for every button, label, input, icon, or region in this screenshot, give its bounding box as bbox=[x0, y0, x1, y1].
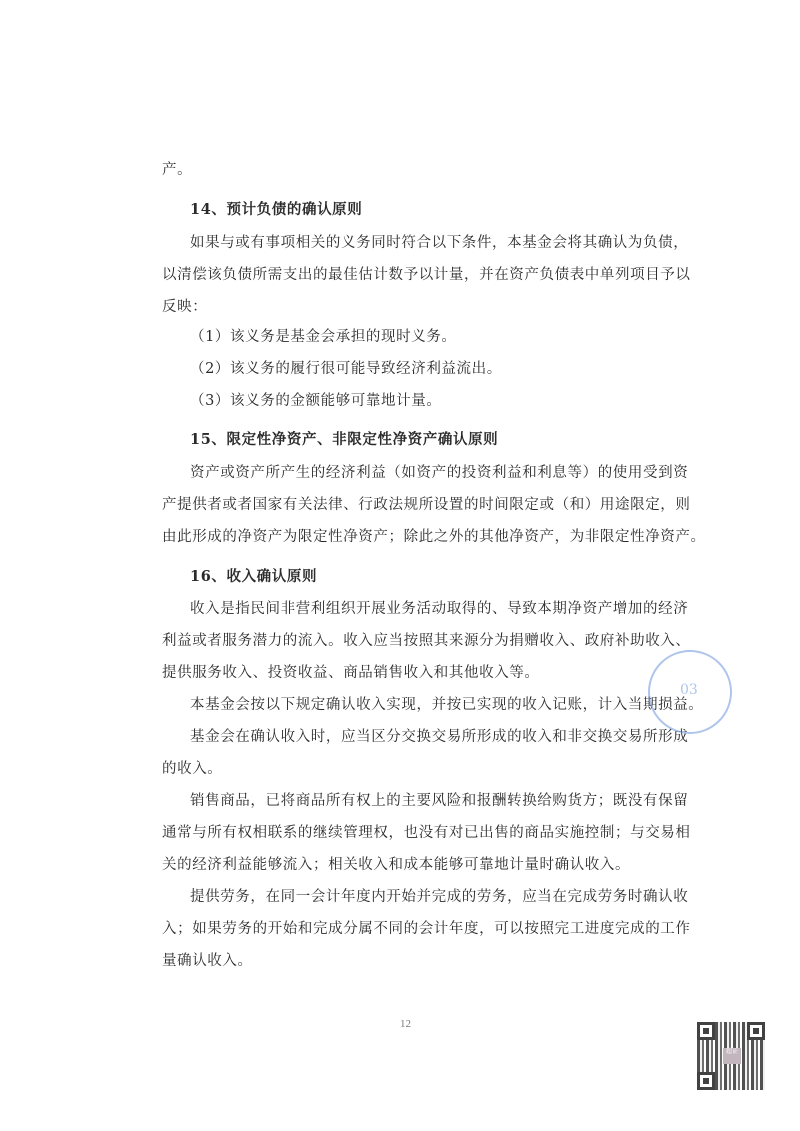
qr-finder-pattern bbox=[747, 1022, 765, 1040]
list-item: （1）该义务是基金会承担的现时义务。 bbox=[190, 327, 690, 347]
paragraph-line: 提供服务收入、投资收益、商品销售收入和其他收入等。 bbox=[162, 663, 662, 683]
paragraph-line: 的收入。 bbox=[162, 759, 662, 779]
official-seal-stamp: 03 bbox=[648, 650, 732, 734]
paragraph-line: 收入是指民间非营利组织开展业务活动取得的、导致本期净资产增加的经济 bbox=[190, 599, 690, 619]
paragraph-line: 资产或资产所产生的经济利益（如资产的投资利益和利息等）的使用受到资 bbox=[190, 463, 690, 483]
paragraph-line: 本基金会按以下规定确认收入实现，并按已实现的收入记账，计入当期损益。 bbox=[190, 695, 690, 715]
paragraph-line: 如果与或有事项相关的义务同时符合以下条件，本基金会将其确认为负债， bbox=[190, 233, 690, 253]
section-heading-14: 14、预计负债的确认原则 bbox=[190, 200, 690, 220]
qr-code: 超证 bbox=[697, 1022, 765, 1090]
document-page: 产。 14、预计负债的确认原则 如果与或有事项相关的义务同时符合以下条件，本基金… bbox=[0, 0, 800, 1131]
stamp-number: 03 bbox=[680, 682, 698, 698]
paragraph-line: 销售商品，已将商品所有权上的主要风险和报酬转换给购货方；既没有保留 bbox=[190, 791, 690, 811]
paragraph-line: 由此形成的净资产为限定性净资产；除此之外的其他净资产，为非限定性净资产。 bbox=[162, 527, 662, 547]
paragraph-line: 以清偿该负债所需支出的最佳估计数予以计量，并在资产负债表中单列项目予以 bbox=[162, 265, 662, 285]
paragraph-line: 基金会在确认收入时，应当区分交换交易所形成的收入和非交换交易所形成 bbox=[190, 727, 690, 747]
paragraph-line: 量确认收入。 bbox=[162, 951, 662, 971]
paragraph-line: 关的经济利益能够流入；相关收入和成本能够可靠地计量时确认收入。 bbox=[162, 855, 662, 875]
list-item: （3）该义务的金额能够可靠地计量。 bbox=[190, 391, 690, 411]
paragraph-line: 产提供者或者国家有关法律、行政法规所设置的时间限定或（和）用途限定，则 bbox=[162, 495, 662, 515]
section-heading-16: 16、收入确认原则 bbox=[190, 567, 690, 587]
continuation-text: 产。 bbox=[162, 160, 662, 180]
section-heading-15: 15、限定性净资产、非限定性净资产确认原则 bbox=[190, 430, 690, 450]
paragraph-line: 入；如果劳务的开始和完成分属不同的会计年度，可以按照完工进度完成的工作 bbox=[162, 919, 662, 939]
paragraph-line: 通常与所有权相联系的继续管理权，也没有对已出售的商品实施控制；与交易相 bbox=[162, 823, 662, 843]
paragraph-line: 提供劳务，在同一会计年度内开始并完成的劳务，应当在完成劳务时确认收 bbox=[190, 887, 690, 907]
paragraph-line: 利益或者服务潜力的流入。收入应当按照其来源分为捐赠收入、政府补助收入、 bbox=[162, 631, 662, 651]
page-number: 12 bbox=[400, 1018, 411, 1030]
paragraph-line: 反映： bbox=[162, 297, 662, 317]
qr-center-logo: 超证 bbox=[723, 1048, 741, 1064]
list-item: （2）该义务的履行很可能导致经济利益流出。 bbox=[190, 359, 690, 379]
